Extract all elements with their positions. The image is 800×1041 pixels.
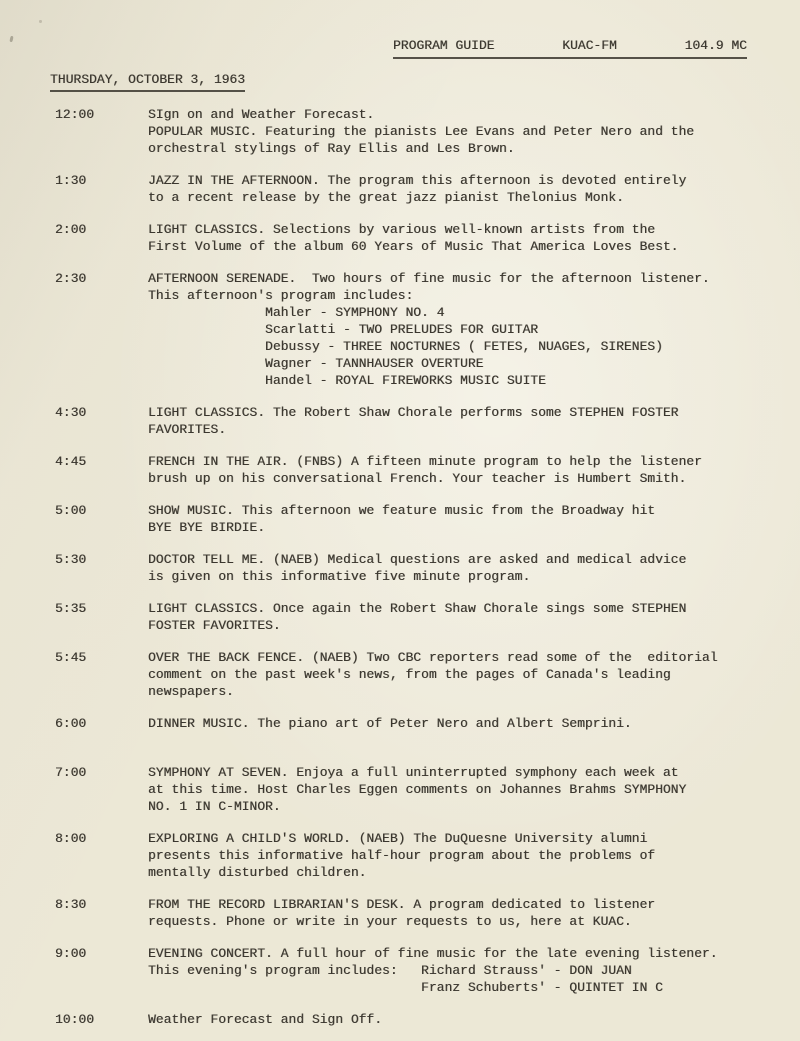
entry-line: BYE BYE BIRDIE. [148, 519, 655, 536]
entry-line: Franz Schuberts' - QUINTET IN C [148, 979, 718, 996]
entry-line: presents this informative half-hour prog… [148, 847, 655, 864]
masthead-frequency: 104.9 MC [685, 37, 747, 54]
masthead-station: KUAC-FM [562, 37, 617, 54]
entry-line: LIGHT CLASSICS. Selections by various we… [148, 221, 679, 238]
schedule-entry: 7:00 SYMPHONY AT SEVEN. Enjoya a full un… [55, 764, 765, 815]
entry-line: FRENCH IN THE AIR. (FNBS) A fifteen minu… [148, 453, 702, 470]
entry-time: 8:00 [55, 830, 148, 881]
entry-time: 5:00 [55, 502, 148, 536]
entry-description: SIgn on and Weather Forecast.POPULAR MUS… [148, 106, 694, 157]
entry-line: newspapers. [148, 683, 718, 700]
entry-time: 4:45 [55, 453, 148, 487]
masthead: PROGRAM GUIDE KUAC-FM 104.9 MC [393, 37, 747, 59]
entry-time: 4:30 [55, 404, 148, 438]
entry-description: DOCTOR TELL ME. (NAEB) Medical questions… [148, 551, 686, 585]
schedule-entry: 12:00 SIgn on and Weather Forecast.POPUL… [55, 106, 765, 157]
schedule-entry: 2:00 LIGHT CLASSICS. Selections by vario… [55, 221, 765, 255]
entry-description: EVENING CONCERT. A full hour of fine mus… [148, 945, 718, 996]
entry-line: OVER THE BACK FENCE. (NAEB) Two CBC repo… [148, 649, 718, 666]
entry-line: is given on this informative five minute… [148, 568, 686, 585]
entry-line: at this time. Host Charles Eggen comment… [148, 781, 686, 798]
entry-description: DINNER MUSIC. The piano art of Peter Ner… [148, 715, 632, 732]
entry-description: OVER THE BACK FENCE. (NAEB) Two CBC repo… [148, 649, 718, 700]
scanned-program-guide-page: PROGRAM GUIDE KUAC-FM 104.9 MC THURSDAY,… [0, 0, 800, 1041]
entry-time: 12:00 [55, 106, 148, 157]
entry-line: SYMPHONY AT SEVEN. Enjoya a full uninter… [148, 764, 686, 781]
schedule-entry: 8:00 EXPLORING A CHILD'S WORLD. (NAEB) T… [55, 830, 765, 881]
entry-line: EVENING CONCERT. A full hour of fine mus… [148, 945, 718, 962]
scan-speck [9, 36, 13, 42]
schedule-entry: 1:30 JAZZ IN THE AFTERNOON. The program … [55, 172, 765, 206]
entry-description: LIGHT CLASSICS. The Robert Shaw Chorale … [148, 404, 679, 438]
entry-line: JAZZ IN THE AFTERNOON. The program this … [148, 172, 686, 189]
schedule-entry: 8:30 FROM THE RECORD LIBRARIAN'S DESK. A… [55, 896, 765, 930]
entry-line: LIGHT CLASSICS. The Robert Shaw Chorale … [148, 404, 679, 421]
schedule-entry: 4:30 LIGHT CLASSICS. The Robert Shaw Cho… [55, 404, 765, 438]
entry-description: AFTERNOON SERENADE. Two hours of fine mu… [148, 270, 710, 389]
entry-line: comment on the past week's news, from th… [148, 666, 718, 683]
entry-time: 6:00 [55, 715, 148, 732]
entry-time: 10:00 [55, 1011, 148, 1028]
entry-line: POPULAR MUSIC. Featuring the pianists Le… [148, 123, 694, 140]
entry-time: 5:35 [55, 600, 148, 634]
entry-time: 2:30 [55, 270, 148, 389]
entry-line: Wagner - TANNHAUSER OVERTURE [148, 355, 710, 372]
entry-line: FAVORITES. [148, 421, 679, 438]
entry-description: Weather Forecast and Sign Off. [148, 1011, 382, 1028]
schedule-entry: 5:45 OVER THE BACK FENCE. (NAEB) Two CBC… [55, 649, 765, 700]
entry-time: 9:00 [55, 945, 148, 996]
entry-description: LIGHT CLASSICS. Selections by various we… [148, 221, 679, 255]
entry-description: SYMPHONY AT SEVEN. Enjoya a full uninter… [148, 764, 686, 815]
entry-description: LIGHT CLASSICS. Once again the Robert Sh… [148, 600, 686, 634]
schedule-entry: 6:00 DINNER MUSIC. The piano art of Pete… [55, 715, 765, 732]
entry-line: LIGHT CLASSICS. Once again the Robert Sh… [148, 600, 686, 617]
entry-line: requests. Phone or write in your request… [148, 913, 655, 930]
entry-line: NO. 1 IN C-MINOR. [148, 798, 686, 815]
entry-line: mentally disturbed children. [148, 864, 655, 881]
entry-description: FROM THE RECORD LIBRARIAN'S DESK. A prog… [148, 896, 655, 930]
entry-time: 5:45 [55, 649, 148, 700]
entry-line: DINNER MUSIC. The piano art of Peter Ner… [148, 715, 632, 732]
scan-speck [39, 20, 42, 23]
schedule-entry: 5:00 SHOW MUSIC. This afternoon we featu… [55, 502, 765, 536]
entry-line: This evening's program includes: Richard… [148, 962, 718, 979]
entry-description: FRENCH IN THE AIR. (FNBS) A fifteen minu… [148, 453, 702, 487]
entry-time: 7:00 [55, 764, 148, 815]
entry-line: SHOW MUSIC. This afternoon we feature mu… [148, 502, 655, 519]
entry-line: SIgn on and Weather Forecast. [148, 106, 694, 123]
entry-line: FROM THE RECORD LIBRARIAN'S DESK. A prog… [148, 896, 655, 913]
entry-line: Handel - ROYAL FIREWORKS MUSIC SUITE [148, 372, 710, 389]
entry-line: orchestral stylings of Ray Ellis and Les… [148, 140, 694, 157]
entry-line: brush up on his conversational French. Y… [148, 470, 702, 487]
entry-line: Scarlatti - TWO PRELUDES FOR GUITAR [148, 321, 710, 338]
entry-line: Debussy - THREE NOCTURNES ( FETES, NUAGE… [148, 338, 710, 355]
schedule-entry: 9:00 EVENING CONCERT. A full hour of fin… [55, 945, 765, 996]
entry-line: to a recent release by the great jazz pi… [148, 189, 686, 206]
entry-time: 8:30 [55, 896, 148, 930]
entry-line: This afternoon's program includes: [148, 287, 710, 304]
schedule-entry: 5:35 LIGHT CLASSICS. Once again the Robe… [55, 600, 765, 634]
entry-time: 1:30 [55, 172, 148, 206]
schedule-entry: 2:30 AFTERNOON SERENADE. Two hours of fi… [55, 270, 765, 389]
entry-line: FOSTER FAVORITES. [148, 617, 686, 634]
entry-line: DOCTOR TELL ME. (NAEB) Medical questions… [148, 551, 686, 568]
entry-line: First Volume of the album 60 Years of Mu… [148, 238, 679, 255]
entry-line: AFTERNOON SERENADE. Two hours of fine mu… [148, 270, 710, 287]
entry-line: Weather Forecast and Sign Off. [148, 1011, 382, 1028]
entry-description: JAZZ IN THE AFTERNOON. The program this … [148, 172, 686, 206]
schedule-list: 12:00 SIgn on and Weather Forecast.POPUL… [55, 106, 765, 1041]
entry-line: EXPLORING A CHILD'S WORLD. (NAEB) The Du… [148, 830, 655, 847]
schedule-entry: 10:00 Weather Forecast and Sign Off. [55, 1011, 765, 1028]
entry-time: 2:00 [55, 221, 148, 255]
masthead-title: PROGRAM GUIDE [393, 37, 494, 54]
schedule-entry: 5:30 DOCTOR TELL ME. (NAEB) Medical ques… [55, 551, 765, 585]
date-heading: THURSDAY, OCTOBER 3, 1963 [50, 71, 245, 92]
entry-description: SHOW MUSIC. This afternoon we feature mu… [148, 502, 655, 536]
schedule-entry: 4:45 FRENCH IN THE AIR. (FNBS) A fifteen… [55, 453, 765, 487]
entry-description: EXPLORING A CHILD'S WORLD. (NAEB) The Du… [148, 830, 655, 881]
entry-time: 5:30 [55, 551, 148, 585]
entry-line: Mahler - SYMPHONY NO. 4 [148, 304, 710, 321]
